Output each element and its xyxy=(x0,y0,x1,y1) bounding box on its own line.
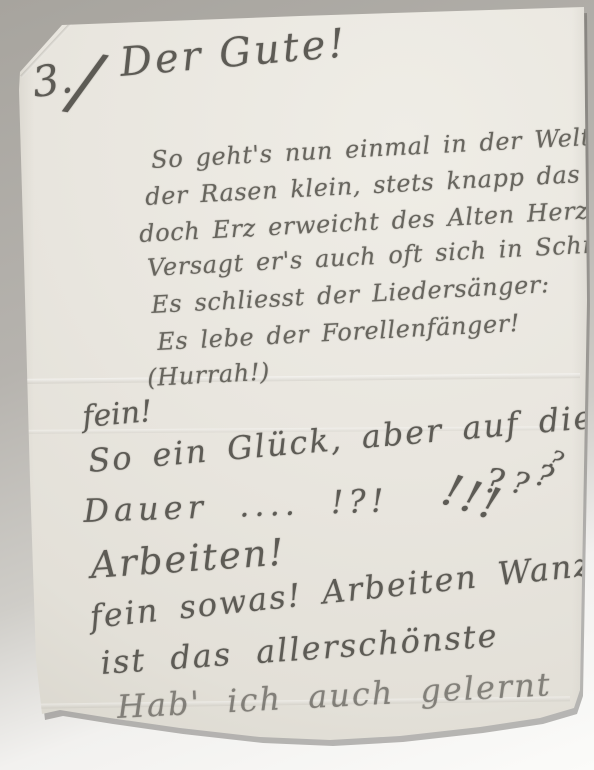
poem-line: Es lebe der Forellenfänger! xyxy=(157,309,521,356)
arbeiten-line: Arbeiten! xyxy=(89,530,287,587)
heading-slash-mark: / xyxy=(66,35,105,127)
horizontal-crease xyxy=(20,373,580,384)
poem-line-hurrah: (Hurrah!) xyxy=(147,358,271,392)
question-mark: ? xyxy=(508,465,532,503)
letter-paper: 3. / Der Gute! So geht's nun einmal in d… xyxy=(0,0,594,770)
scanned-letter-scene: 3. / Der Gute! So geht's nun einmal in d… xyxy=(0,0,594,770)
question-mark: ? xyxy=(544,444,567,475)
dauer-line: Dauer .... !?! xyxy=(83,481,390,530)
interjection-fein: fein! xyxy=(81,394,154,435)
inventory-stamp: K.I. N2.964/4 xyxy=(0,706,50,724)
page-title: Der Gute! xyxy=(118,20,349,86)
